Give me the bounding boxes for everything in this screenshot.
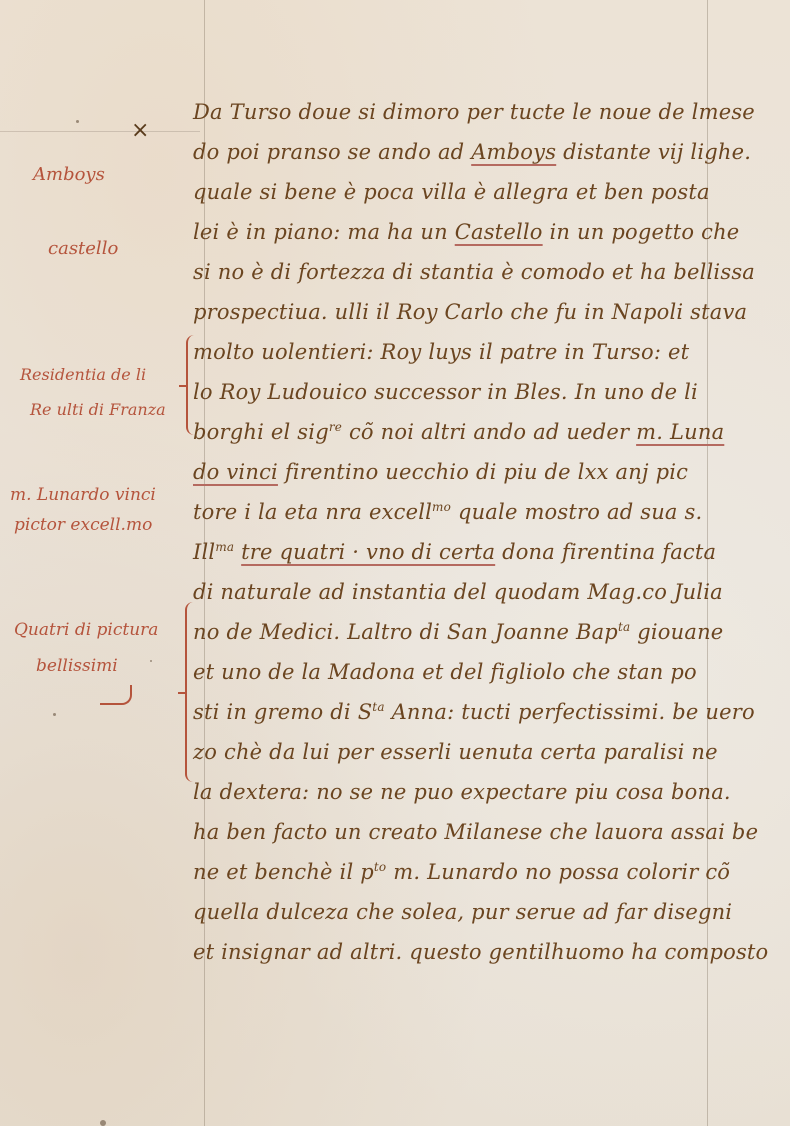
marginal-note-amboys: Amboys	[33, 164, 105, 185]
text-line: molto uolentieri: Roy luys il patre in T…	[193, 340, 689, 364]
marginal-note-lunardo-line1: m. Lunardo vinci	[10, 485, 156, 505]
text-line: quale si bene è poca villa è allegra et …	[193, 180, 710, 204]
text-line: sti in gremo di Sta Anna: tucti perfecti…	[193, 700, 755, 724]
top-ruling-line	[0, 131, 200, 132]
text-line: borghi el sigre cõ noi altri ando ad ued…	[193, 420, 724, 444]
underlined-da-vinci: do vinci	[193, 460, 278, 484]
marginal-note-residentia-line1: Residentia de li	[20, 365, 146, 384]
underlined-castello: Castello	[455, 220, 543, 244]
text-line: zo chè da lui per esserli uenuta certa p…	[193, 740, 718, 764]
text-line: si no è di fortezza di stantia è comodo …	[193, 260, 755, 284]
ink-speck	[100, 1120, 106, 1126]
underlined-lunardo: m. Luna	[636, 420, 724, 444]
text-line: la dextera: no se ne puo expectare piu c…	[193, 780, 731, 804]
text-line: lo Roy Ludouico successor in Bles. In un…	[193, 380, 698, 404]
marginal-note-lunardo-line2: pictor excell.mo	[14, 515, 152, 535]
marginal-note-residentia-line2: Re ulti di Franza	[30, 400, 166, 419]
text-line: prospectiua. ulli il Roy Carlo che fu in…	[193, 300, 747, 324]
marginal-note-castello: castello	[48, 238, 118, 259]
cross-mark-icon: ×	[131, 118, 149, 143]
text-line: et insignar ad altri. questo gentilhuomo…	[193, 940, 768, 964]
marginal-hook-quatri	[100, 685, 132, 705]
text-line: no de Medici. Laltro di San Joanne Bapta…	[193, 620, 723, 644]
text-line: di naturale ad instantia del quodam Mag.…	[193, 580, 723, 604]
marginal-note-quatri-line1: Quatri di pictura	[14, 620, 158, 640]
text-line: Illma tre quatri · vno di certa dona fir…	[193, 540, 716, 564]
underlined-amboys: Amboys	[471, 140, 556, 164]
text-line: lei è in piano: ma ha un Castello in un …	[193, 220, 739, 244]
underlined-tre-quatri: tre quatri · vno di certa	[241, 540, 495, 564]
text-line: quella dulceza che solea, pur serue ad f…	[193, 900, 732, 924]
text-line: Da Turso doue si dimoro per tucte le nou…	[193, 100, 755, 124]
text-line: ha ben facto un creato Milanese che lauo…	[193, 820, 758, 844]
text-line: ne et benchè il pto m. Lunardo no possa …	[193, 860, 730, 884]
ink-speck	[150, 660, 152, 662]
ink-speck	[76, 120, 79, 123]
text-line: et uno de la Madona et del figliolo che …	[193, 660, 697, 684]
text-line: do poi pranso se ando ad Amboys distante…	[193, 140, 751, 164]
text-line: do vinci firentino uecchio di piu de lxx…	[193, 460, 688, 484]
marginal-note-quatri-line2: bellissimi	[36, 656, 118, 676]
text-line: tore i la eta nra excellmo quale mostro …	[193, 500, 702, 524]
ink-speck	[53, 713, 56, 716]
